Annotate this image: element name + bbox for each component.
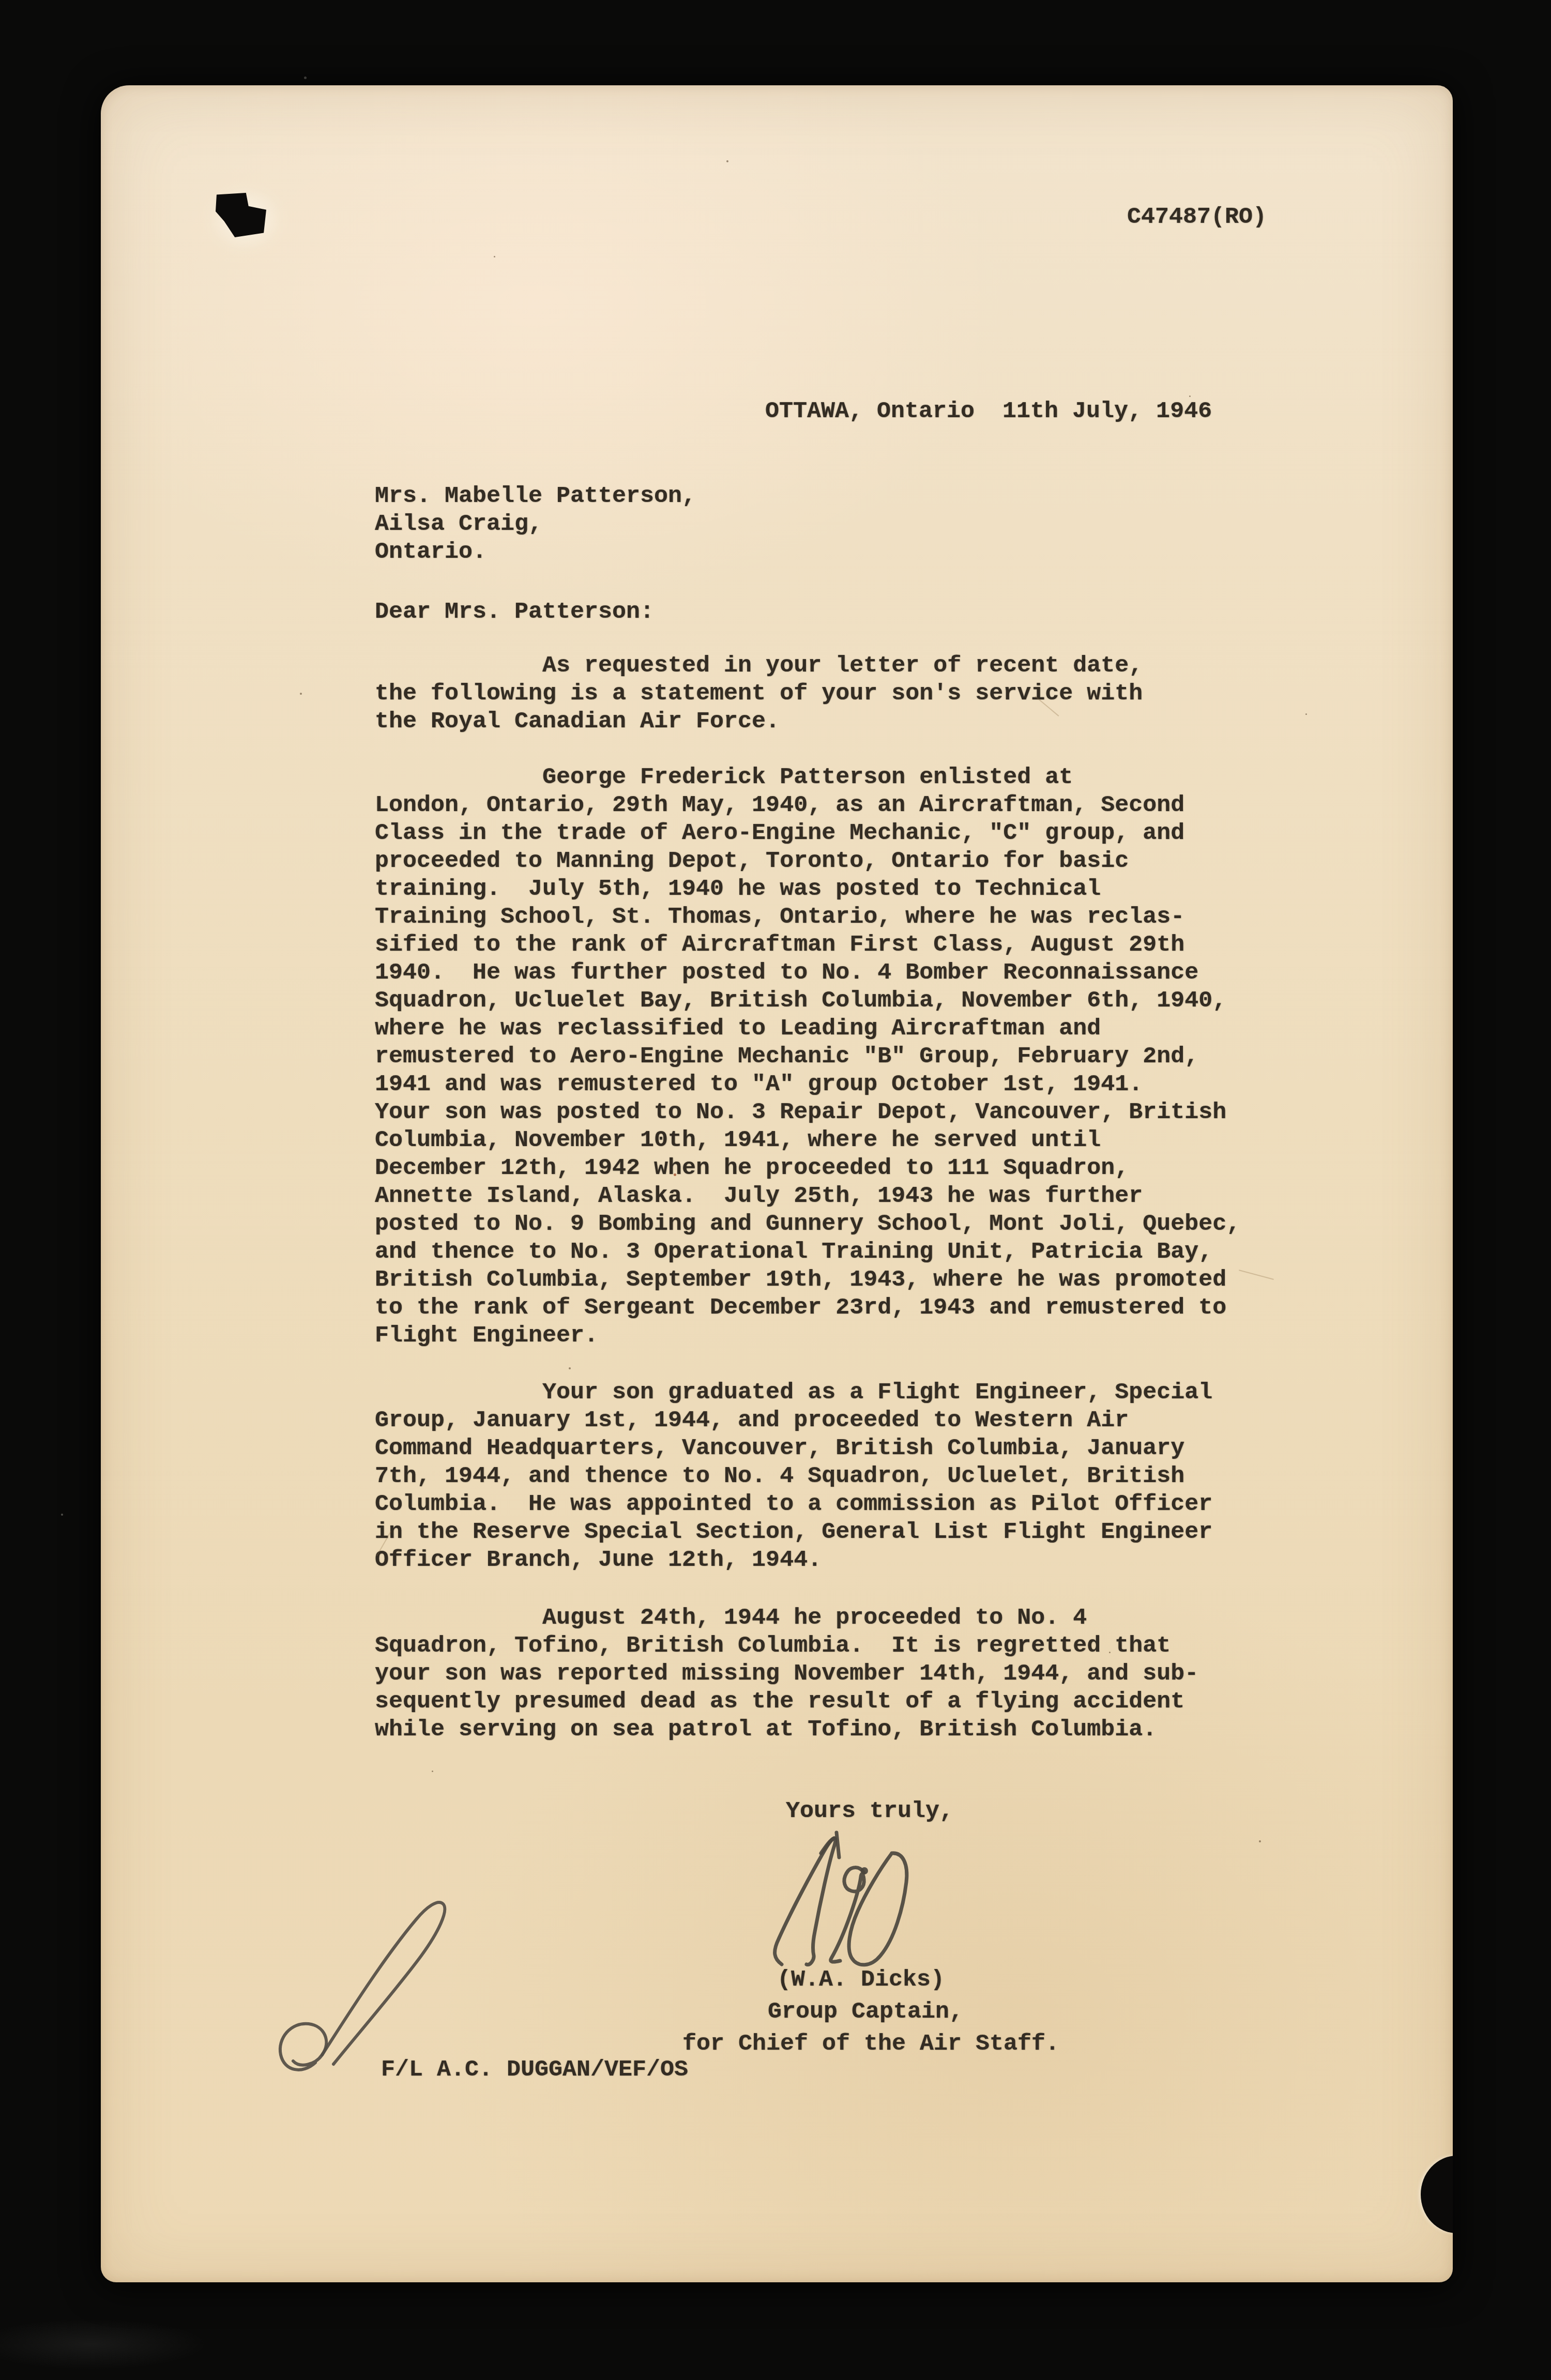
paper-speck [494,256,495,257]
photo-background-smudge [0,2300,362,2380]
paper-speck [300,693,302,695]
paragraph-4: August 24th, 1944 he proceeded to No. 4 … [375,1604,1198,1744]
paper-speck [674,1173,676,1176]
initials-stroke [280,2024,326,2070]
paper-speck [569,1367,571,1369]
closing-valediction: Yours truly, [786,1797,953,1825]
paragraph-3: Your son graduated as a Flight Engineer,… [375,1379,1212,1574]
paper-speck [726,160,728,162]
torn-edge-notch [1421,2156,1453,2233]
paper-speck [1259,1840,1261,1842]
paper-speck [1305,713,1307,715]
paper-fiber [1239,1270,1274,1280]
scanned-letter-photo: { "colors": { "background": "#0a0a09", "… [0,0,1551,2380]
signature-stroke [775,1838,835,1965]
reference-number: C47487(RO) [1127,203,1267,231]
dateline: OTTAWA, Ontario 11th July, 1946 [765,398,1212,425]
paragraph-1: As requested in your letter of recent da… [375,652,1143,736]
recipient-address: Mrs. Mabelle Patterson, Ailsa Craig, Ont… [375,482,696,566]
letter-page: C47487(RO) OTTAWA, Ontario 11th July, 19… [101,85,1453,2282]
background-speck [61,1514,63,1516]
salutation: Dear Mrs. Patterson: [375,598,654,626]
signer-rank: Group Captain, [768,1998,963,2026]
background-speck [304,77,307,79]
paragraph-2: George Frederick Patterson enlisted at L… [375,764,1240,1350]
initials-stroke [322,1902,445,2064]
signature-stroke [837,1833,839,1857]
paper-speck [1189,395,1191,397]
paper-speck [432,1771,433,1772]
signer-name: (W.A. Dicks) [777,1966,945,1994]
signer-authority: for Chief of the Air Staff. [682,2030,1059,2058]
paper-speck [1109,1652,1111,1653]
signature-stroke [849,1853,907,1965]
signature-ink-blob [861,1867,868,1874]
handwritten-initials-icon [271,1869,458,2091]
handwritten-signature-icon [763,1822,1000,1977]
